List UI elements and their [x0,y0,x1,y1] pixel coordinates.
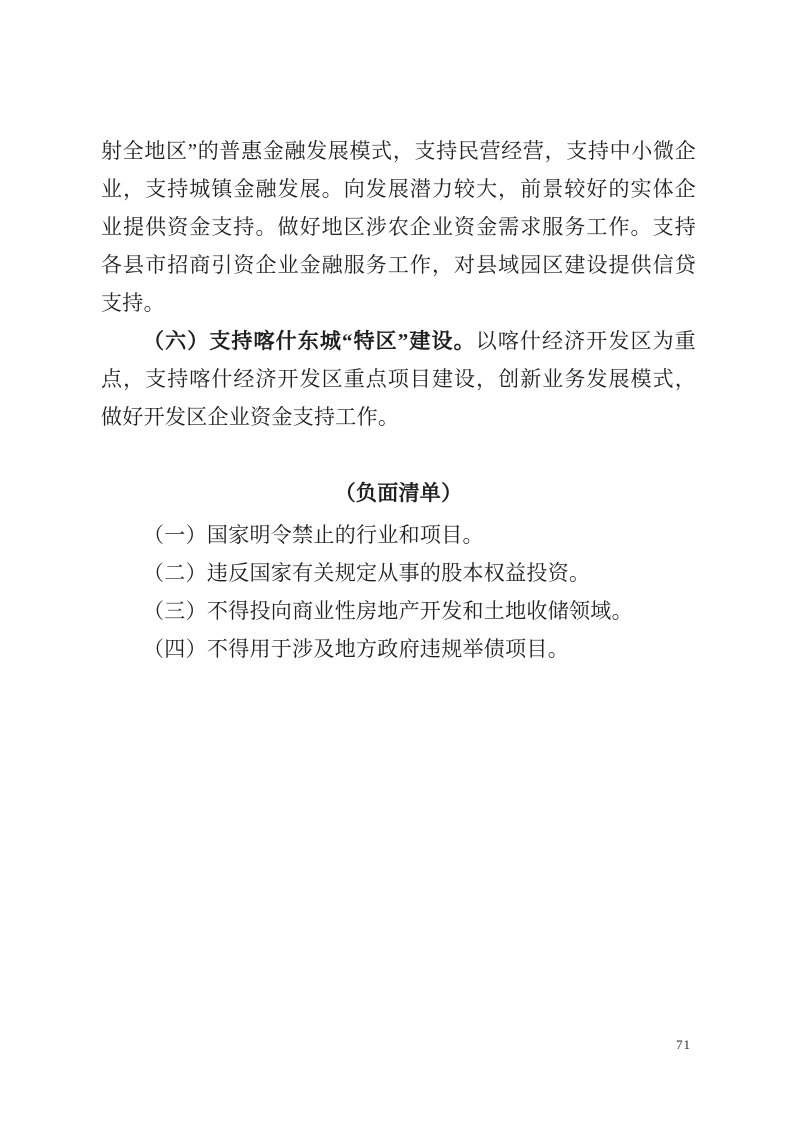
bold-text: （六）支持喀什东城“特区”建设。 [143,329,476,353]
page-number: 71 [676,1037,691,1053]
negative-list-item-3: （三）不得投向商业性房地产开发和土地收储领域。 [101,592,696,630]
document-page: 射全地区”的普惠金融发展模式，支持民营经营，支持中小微企业，支持城镇金融发展。向… [0,0,793,1122]
negative-list-heading: （负面清单） [101,474,696,512]
negative-list-item-2: （二）违反国家有关规定从事的股本权益投资。 [101,554,696,592]
body-text: （二）违反国家有关规定从事的股本权益投资。 [143,561,590,585]
body-text: 射全地区”的普惠金融发展模式，支持民营经营，支持中小微企业，支持城镇金融发展。向… [101,139,696,315]
document-body: 射全地区”的普惠金融发展模式，支持民营经营，支持中小微企业，支持城镇金融发展。向… [101,132,696,668]
negative-list-item-1: （一）国家明令禁止的行业和项目。 [101,516,696,554]
body-paragraph-continuation: 射全地区”的普惠金融发展模式，支持民营经营，支持中小微企业，支持城镇金融发展。向… [101,132,696,322]
body-text: （三）不得投向商业性房地产开发和土地收储领域。 [143,599,633,623]
bold-text: （负面清单） [335,481,463,505]
negative-list-item-4: （四）不得用于涉及地方政府违规举债项目。 [101,630,696,668]
body-text: （一）国家明令禁止的行业和项目。 [143,523,484,547]
body-text: （四）不得用于涉及地方政府违规举债项目。 [143,637,569,661]
body-paragraph-section-6: （六）支持喀什东城“特区”建设。以喀什经济开发区为重点，支持喀什经济开发区重点项… [101,322,696,436]
